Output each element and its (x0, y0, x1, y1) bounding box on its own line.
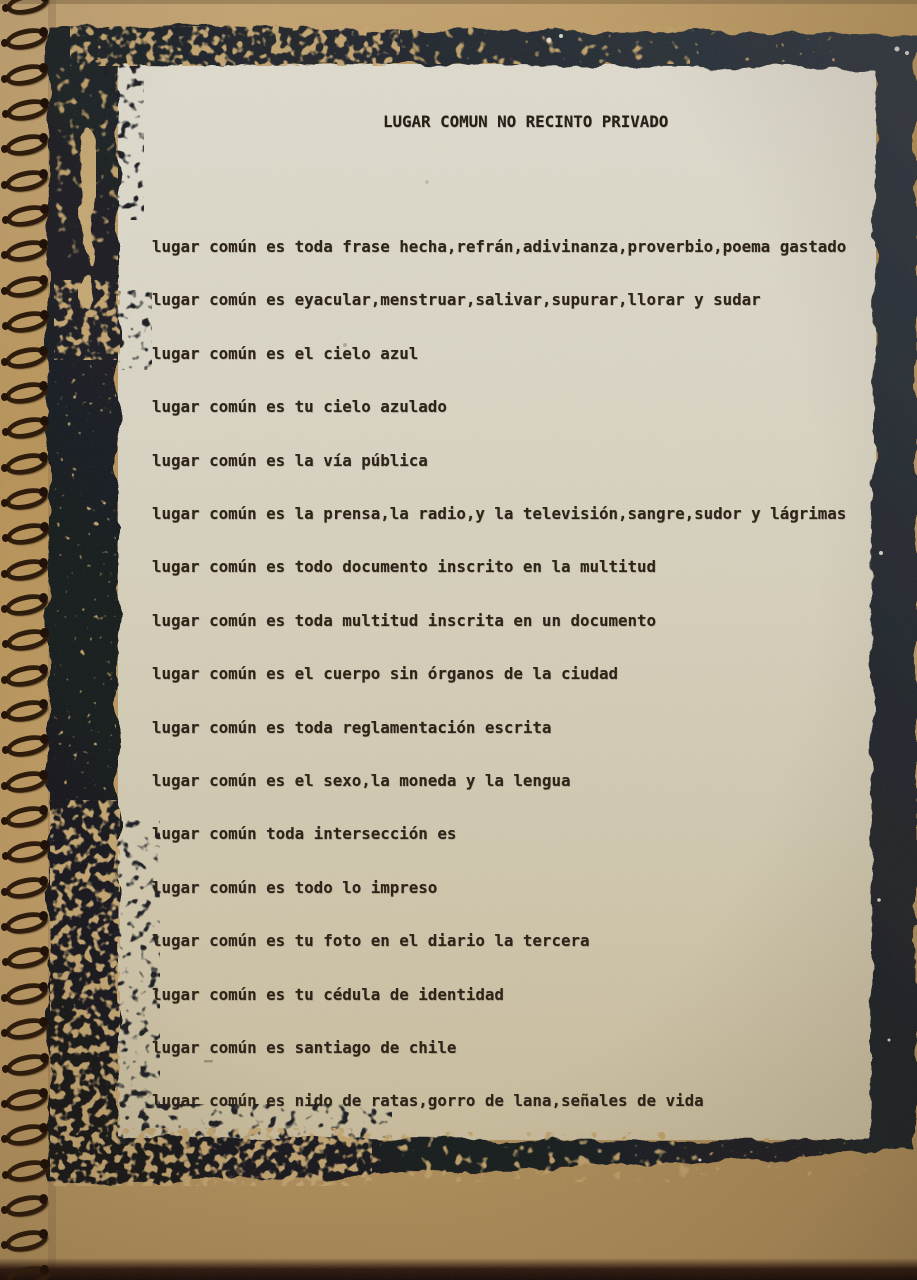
poem-line: lugar común es la vía pública (152, 450, 428, 472)
poem-line: lugar común es tu cédula de identidad (152, 984, 504, 1006)
spiral-coil (3, 626, 51, 650)
spiral-coil (2, 450, 50, 474)
poem-line: lugar común es todo lo impreso (152, 877, 437, 899)
spiral-coil (3, 1157, 51, 1181)
spiral-coil (3, 732, 51, 756)
spiral-coil (2, 1015, 50, 1039)
poem-line: lugar común toda intersección es (152, 823, 456, 845)
poem-line: lugar común es el cuerpo sin órganos de … (152, 663, 618, 685)
poem-line: lugar común es santiago de chile (152, 1037, 456, 1059)
spiral-coil (2, 379, 50, 403)
poem-line: lugar común es nido de ratas,gorro de la… (152, 1090, 704, 1112)
spiral-coil (2, 874, 50, 898)
spiral-coil (3, 202, 51, 226)
spiral-coil (2, 344, 50, 368)
spiral-coil (2, 662, 50, 686)
spiral-coil (2, 556, 50, 580)
poem-line: lugar común es eyacular,menstruar,saliva… (152, 289, 761, 311)
spiral-coil (2, 980, 50, 1004)
spiral-coil (2, 1121, 50, 1145)
poem-line: lugar común es todo documento inscrito e… (152, 556, 656, 578)
spiral-coil (2, 25, 50, 49)
spiral-coil (2, 61, 50, 85)
spiral-coil (2, 591, 50, 615)
spiral-coil (2, 803, 50, 827)
poem-line: lugar común es toda frase hecha,refrán,a… (152, 236, 846, 258)
spiral-coil (3, 414, 51, 438)
spiral-coil (2, 237, 50, 261)
spiral-coil (3, 520, 51, 544)
poem-line: lugar común es toda reglamentación escri… (152, 717, 551, 739)
spiral-coil (2, 1192, 50, 1216)
poem-text-block: LUGAR COMUN NO RECINTO PRIVADO lugar com… (118, 64, 876, 1140)
spiral-coil (3, 96, 51, 120)
poem-line: lugar común es tu cielo azulado (152, 396, 447, 418)
poem-line: lugar común es toda multitud inscrita en… (152, 610, 656, 632)
poem-line: lugar común es el sexo,la moneda y la le… (152, 770, 570, 792)
spiral-coil (2, 273, 50, 297)
spiral-coil (2, 1086, 50, 1110)
spiral-binding (0, 0, 60, 1280)
poem-title: LUGAR COMUN NO RECINTO PRIVADO (383, 111, 668, 133)
spiral-coil (3, 0, 51, 14)
spiral-coil (2, 697, 50, 721)
poem-line: lugar común es la prensa,la radio,y la t… (152, 503, 846, 525)
poem-line: lugar común es el cielo azul (152, 343, 418, 365)
poem-line: lugar común es tu foto en el diario la t… (152, 930, 589, 952)
notebook-page: LUGAR COMUN NO RECINTO PRIVADO lugar com… (0, 0, 917, 1280)
spiral-coil (2, 485, 50, 509)
spiral-coil (2, 1227, 50, 1251)
spiral-coil (2, 167, 50, 191)
spiral-coil (2, 768, 50, 792)
spiral-coil (3, 1263, 51, 1280)
spiral-coil (3, 1051, 51, 1075)
spiral-coil (3, 944, 51, 968)
spiral-coil (3, 308, 51, 332)
spiral-coil (2, 131, 50, 155)
spiral-coil (3, 838, 51, 862)
spiral-coil (2, 909, 50, 933)
